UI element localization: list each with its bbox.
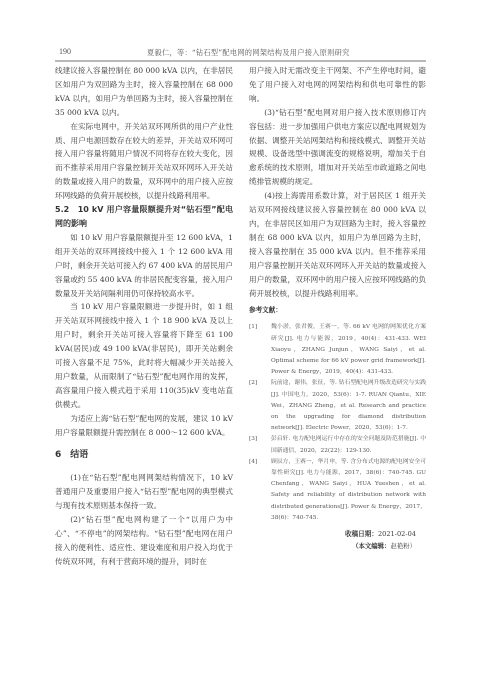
paragraph: (3)“钻石型”配电网对用户接入技术原则修订内容包括：进一步加强用户供电方案应以… xyxy=(249,106,426,189)
reference-number: [1] xyxy=(249,322,271,378)
received-date-value: 2021-02-04 xyxy=(378,530,416,538)
reference-text: 阮前途，谢伟，张征，等. 钻石型配电网升级改造研究与实践[J]. 中国电力，20… xyxy=(271,378,426,434)
page-number: 190 xyxy=(59,47,71,56)
paragraph: 用户接入时无需改变主干网架、不产生停电时间，避免了用户接入对电网的网架结构和供电… xyxy=(249,64,426,106)
reference-item: [1] 魏小淤，张君俊，王赛一，等. 66 kV 电网的网架优化方案研究[J].… xyxy=(249,322,426,378)
right-column: 用户接入时无需改变主干网架、不产生停电时间，避免了用户接入对电网的网架结构和供电… xyxy=(249,64,426,552)
paragraph: 线建议接入容量控制在 80 000 kVA 以内，在非居民区如用户为双回路为主时… xyxy=(55,64,233,120)
reference-item: [4] 顾辰方，王赛一，华月申，等. 含分布式电源的配电网安全可靠性研究[J].… xyxy=(249,457,426,524)
reference-text: 魏小淤，张君俊，王赛一，等. 66 kV 电网的网架优化方案研究[J]. 电力与… xyxy=(271,322,426,378)
paragraph: 当 10 kV 用户容量限额进一步提升时，如 1 组开关站双环网接线中接入 1 … xyxy=(55,300,233,411)
section-heading-6: 6 结语 xyxy=(55,449,233,463)
running-title: 夏毅仁，等：“钻石型”配电网的网架结构及用户接入原则研究 xyxy=(147,48,350,58)
reference-text: 彭启轩. 电力配电网运行中存在的安全问题及防范措施[J]. 中国新通信，2020… xyxy=(271,434,426,456)
section-heading-5-2: 5.2 10 kV 用户容量限额提升对“钻石型”配电网的影响 xyxy=(55,203,233,231)
reference-item: [2] 阮前途，谢伟，张征，等. 钻石型配电网升级改造研究与实践[J]. 中国电… xyxy=(249,378,426,434)
paragraph: (1)在“钻石型”配电网网架结构情况下，10 kV 普通用户及重要用户接入“钻石… xyxy=(55,471,233,513)
reference-number: [2] xyxy=(249,378,271,434)
editor-close: ） xyxy=(410,542,416,550)
left-column: 线建议接入容量控制在 80 000 kVA 以内，在非居民区如用户为双回路为主时… xyxy=(55,64,233,569)
paragraph: 如 10 kV 用户容量限额提升至 12 600 kVA，1 组开关站的双环网接… xyxy=(55,231,233,301)
editor-label: （本文编辑： xyxy=(352,542,390,550)
paragraph: (4)按上海需用系数计算，对于居民区 1 组开关站双环网接线建议接入容量控制在 … xyxy=(249,189,426,300)
reference-number: [3] xyxy=(249,434,271,456)
header-rule xyxy=(55,60,426,62)
reference-text: 顾辰方，王赛一，华月申，等. 含分布式电源的配电网安全可靠性研究[J]. 电力与… xyxy=(271,457,426,524)
paragraph: (2)“钻石型”配电网构建了一个“以用户为中心”、“不停电”的网架结构。“钻石型… xyxy=(55,513,233,569)
editor-name: 赵艳粉 xyxy=(390,542,409,550)
running-header: 190 夏毅仁，等：“钻石型”配电网的网架结构及用户接入原则研究 xyxy=(55,44,426,60)
received-date: 收稿日期：2021-02-04 xyxy=(249,528,426,540)
paragraph: 为适应上海“钻石型”配电网的发展，建议 10 kV 用户容量限额提升需控制在 8… xyxy=(55,412,233,440)
received-label: 收稿日期： xyxy=(345,530,378,538)
reference-number: [4] xyxy=(249,457,271,524)
editor-note: （本文编辑：赵艳粉） xyxy=(249,540,426,552)
references-title: 参考文献： xyxy=(249,304,426,318)
paragraph: 在实际电网中，开关站双环网所供的用户产业性质、用户电源回数存在较大的差异，开关站… xyxy=(55,120,233,203)
reference-item: [3] 彭启轩. 电力配电网运行中存在的安全问题及防范措施[J]. 中国新通信，… xyxy=(249,434,426,456)
